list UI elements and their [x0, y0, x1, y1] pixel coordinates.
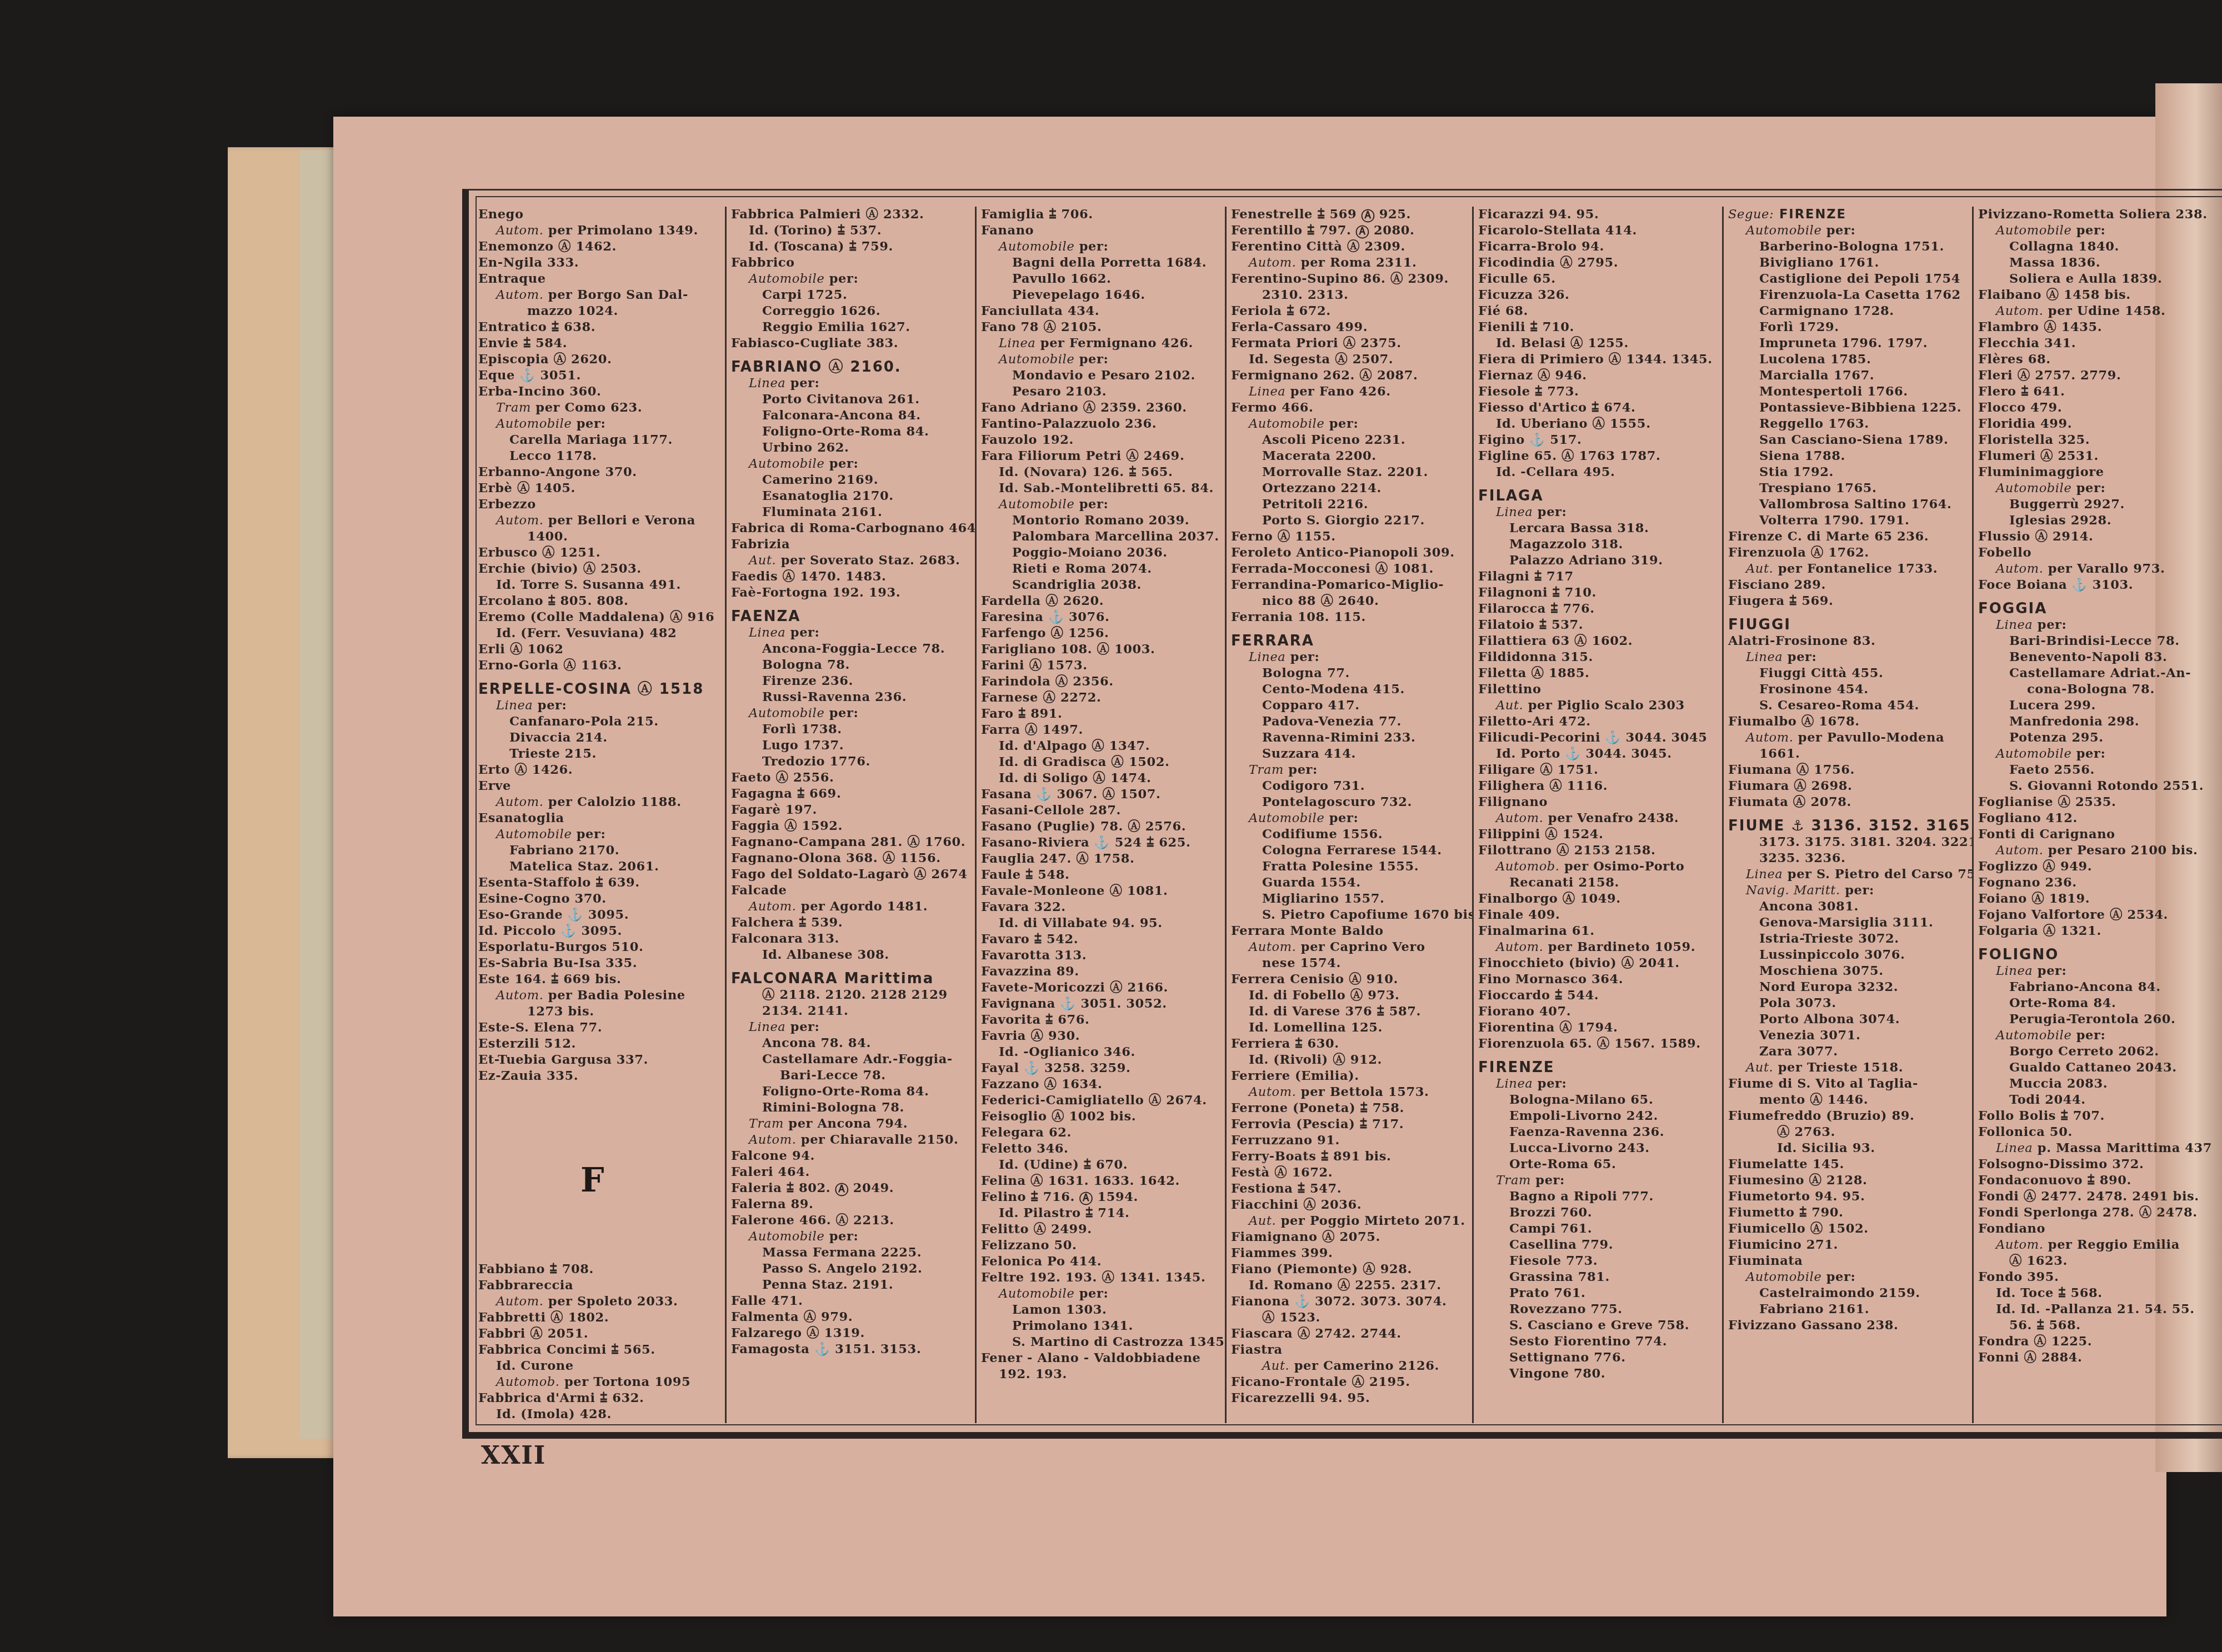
index-entry: Flero ⩲ 641. — [1978, 384, 2222, 400]
index-entry: Automobile per: — [731, 271, 975, 287]
index-entry: Aut. per Poggio Mirteto 2071. — [1231, 1213, 1472, 1229]
column-divider — [1722, 207, 1724, 1423]
transport-mode-label: Aut. — [749, 553, 776, 568]
index-entry: Faule ⩲ 548. — [981, 867, 1225, 883]
index-entry: Id. Piccolo ⚓ 3095. — [478, 923, 725, 939]
transport-mode-label: Autom. — [1496, 811, 1543, 825]
index-entry: Id. Sab.-Montelibretti 65. 84. — [981, 480, 1225, 497]
index-column-4: Fenestrelle ⩲ 569 Ⓐ 925.Ferentillo ⩲ 797… — [1228, 207, 1472, 1420]
index-entry: Fanano — [981, 223, 1225, 239]
transport-mode-label: Automobile — [999, 1286, 1074, 1301]
index-entry: Farnese Ⓐ 2272. — [981, 690, 1225, 706]
index-entry: Fisciano 289. — [1728, 577, 1972, 593]
index-entry: Fabbrica Palmieri Ⓐ 2332. — [731, 207, 975, 223]
index-entry: Erli Ⓐ 1062 — [478, 642, 725, 658]
index-entry: Automobile per: — [731, 456, 975, 472]
index-entry: Ficulle 65. — [1478, 271, 1722, 287]
index-entry: Petritoli 2216. — [1231, 497, 1472, 513]
index-entry: Fojano Valfortore Ⓐ 2534. — [1978, 907, 2222, 923]
index-entry: Fanciullata 434. — [981, 303, 1225, 319]
index-entry: Erno-Gorla Ⓐ 1163. — [478, 658, 725, 674]
index-entry: Fantino-Palazzuolo 236. — [981, 416, 1225, 432]
index-entry: 1400. — [478, 529, 725, 545]
index-entry: Envie ⩲ 584. — [478, 336, 725, 352]
index-entry: Id. d'Alpago Ⓐ 1347. — [981, 738, 1225, 754]
index-entry: Federici-Camigliatello Ⓐ 2674. — [981, 1093, 1225, 1109]
index-entry: Falchera ⩲ 539. — [731, 915, 975, 931]
transport-mode-label: Autom. — [1996, 843, 2043, 858]
index-entry: Fiesso d'Artico ⩲ 674. — [1478, 400, 1722, 416]
index-entry: Automob. per Tortona 1095 — [478, 1374, 725, 1390]
index-entry: Fano 78 Ⓐ 2105. — [981, 319, 1225, 336]
index-entry: Linea per: — [1478, 504, 1722, 520]
index-entry: Id. Toce ⩲ 568. — [1978, 1285, 2222, 1301]
index-entry: Autom. per Chiaravalle 2150. — [731, 1132, 975, 1148]
index-entry: Id. di Fobello Ⓐ 973. — [1231, 988, 1472, 1004]
index-column-7: Pivizzano-Rometta Soliera 238.Automobile… — [1975, 207, 2222, 1420]
index-entry: Erba-Incino 360. — [478, 384, 725, 400]
transport-mode-label: Automobile — [1996, 747, 2071, 761]
transport-mode-label: Automobile — [1746, 223, 1821, 238]
index-entry: Festiona ⩲ 547. — [1231, 1181, 1472, 1197]
index-entry: Fiumefreddo (Bruzio) 89. — [1728, 1108, 1972, 1124]
index-entry: 56. ⩲ 568. — [1978, 1318, 2222, 1334]
index-entry: Id. (Imola) 428. — [478, 1406, 725, 1420]
index-entry: Carpi 1725. — [731, 287, 975, 303]
index-entry: 1273 bis. — [478, 1004, 725, 1020]
index-entry: Pievepelago 1646. — [981, 287, 1225, 303]
index-entry: Entraque — [478, 271, 725, 287]
index-entry: Falzarego Ⓐ 1319. — [731, 1325, 975, 1341]
index-entry: Automobile per: — [731, 705, 975, 722]
column-divider — [725, 207, 727, 1423]
index-entry: Filippini Ⓐ 1524. — [1478, 827, 1722, 843]
index-entry: Falcade — [731, 883, 975, 899]
index-heading: FAENZA — [731, 609, 975, 625]
index-entry: Farfengo Ⓐ 1256. — [981, 625, 1225, 642]
index-entry: Felina Ⓐ 1631. 1633. 1642. — [981, 1173, 1225, 1189]
index-entry: Fiumesino Ⓐ 2128. — [1728, 1173, 1972, 1189]
index-entry: Fratta Polesine 1555. — [1231, 859, 1472, 875]
index-entry: Flaibano Ⓐ 1458 bis. — [1978, 287, 2222, 303]
index-entry: Erbezzo — [478, 497, 725, 513]
index-entry: Autom. per Bettola 1573. — [1231, 1084, 1472, 1100]
index-entry: Canfanaro-Pola 215. — [478, 714, 725, 730]
index-entry: Pontelagoscuro 732. — [1231, 794, 1472, 810]
index-entry: Recanati 2158. — [1478, 875, 1722, 891]
transport-mode-label: Aut. — [1262, 1359, 1289, 1373]
index-entry: Manfredonia 298. — [1978, 714, 2222, 730]
index-entry: Borgo Cerreto 2062. — [1978, 1044, 2222, 1060]
index-entry: Filarocca ⩲ 776. — [1478, 601, 1722, 617]
index-entry: Firenzuola-La Casetta 1762 — [1728, 287, 1972, 303]
index-entry: Falmenta Ⓐ 979. — [731, 1309, 975, 1325]
index-entry: Filottrano Ⓐ 2153 2158. — [1478, 843, 1722, 859]
index-entry: Feltre 192. 193. Ⓐ 1341. 1345. — [981, 1270, 1225, 1286]
index-entry: Faleri 464. — [731, 1164, 975, 1180]
index-entry: Automobile per: — [981, 497, 1225, 513]
index-entry: Felegara 62. — [981, 1125, 1225, 1141]
index-entry: Castelraimondo 2159. — [1728, 1285, 1972, 1301]
index-entry: Finalborgo Ⓐ 1049. — [1478, 891, 1722, 907]
index-entry: Erbusco Ⓐ 1251. — [478, 545, 725, 561]
index-entry: Ferrania 108. 115. — [1231, 609, 1472, 625]
index-entry: Ficarazzi 94. 95. — [1478, 207, 1722, 223]
index-entry: Id. Albanese 308. — [731, 947, 975, 963]
index-entry: Forlì 1738. — [731, 722, 975, 738]
index-entry: Marcialla 1767. — [1728, 368, 1972, 384]
index-entry: Zara 3077. — [1728, 1044, 1972, 1060]
index-entry: Id. Uberiano Ⓐ 1555. — [1478, 416, 1722, 432]
index-entry: Stia 1792. — [1728, 464, 1972, 480]
index-entry: Floridia 499. — [1978, 416, 2222, 432]
index-entry: Campi 761. — [1478, 1221, 1722, 1237]
transport-mode-label: Automobile — [1996, 223, 2071, 238]
index-entry: Aut. per Soverato Staz. 2683. — [731, 553, 975, 569]
index-entry: Fasano-Riviera ⚓ 524 ⩲ 625. — [981, 835, 1225, 851]
index-entry: Pontassieve-Bibbiena 1225. — [1728, 400, 1972, 416]
index-entry: Soliera e Aulla 1839. — [1978, 271, 2222, 287]
index-entry: Linea per: — [1728, 649, 1972, 665]
index-entry: Famiglia ⩲ 706. — [981, 207, 1225, 223]
index-entry: Codifiume 1556. — [1231, 827, 1472, 843]
index-entry: Bologna-Milano 65. — [1478, 1092, 1722, 1108]
index-entry: Fabriano 2161. — [1728, 1301, 1972, 1318]
index-entry: Autom. per Spoleto 2033. — [478, 1294, 725, 1310]
index-entry: Ficarolo-Stellata 414. — [1478, 223, 1722, 239]
index-entry: Flambro Ⓐ 1435. — [1978, 319, 2222, 336]
index-column-6: Segue: FIRENZEAutomobile per:Barberino-B… — [1725, 207, 1972, 1420]
index-entry: Fabiasco-Cugliate 383. — [731, 336, 975, 352]
index-entry: nese 1574. — [1231, 955, 1472, 972]
transport-mode-label: Autom. — [1496, 940, 1543, 954]
index-entry: Linea per: — [731, 625, 975, 641]
index-heading: ERPELLE-COSINA Ⓐ 1518 — [478, 682, 725, 698]
index-entry: Faresina ⚓ 3076. — [981, 609, 1225, 625]
index-entry: Filatoio ⩲ 537. — [1478, 617, 1722, 633]
index-entry: Lamon 1303. — [981, 1302, 1225, 1318]
index-entry: Carella Mariaga 1177. — [478, 432, 725, 448]
transport-mode-label: Autom. — [496, 988, 543, 1003]
index-entry: Trespiano 1765. — [1728, 480, 1972, 497]
index-entry: Es-Sabria Bu-Isa 335. — [478, 955, 725, 972]
index-entry: Id. Segesta Ⓐ 2507. — [1231, 352, 1472, 368]
index-entry: Faro ⩲ 891. — [981, 706, 1225, 722]
index-entry: Fiastra — [1231, 1342, 1472, 1358]
index-entry: Bagno a Ripoli 777. — [1478, 1189, 1722, 1205]
index-entry: Favorita ⩲ 676. — [981, 1012, 1225, 1028]
index-entry: Fobello — [1978, 545, 2222, 561]
index-entry: Cento-Modena 415. — [1231, 682, 1472, 698]
index-entry: Flecchia 341. — [1978, 336, 2222, 352]
index-entry: Esine-Cogno 370. — [478, 891, 725, 907]
index-heading: FOGGIA — [1978, 601, 2222, 617]
index-entry: Id. (Toscana) ⩲ 759. — [731, 239, 975, 255]
index-entry: Id. Sicilia 93. — [1728, 1140, 1972, 1157]
index-entry: Ferriera ⩲ 630. — [1231, 1036, 1472, 1052]
index-entry: Id. di Soligo Ⓐ 1474. — [981, 770, 1225, 787]
index-entry: Tredozio 1776. — [731, 754, 975, 770]
index-entry: Fianona ⚓ 3072. 3073. 3074. — [1231, 1294, 1472, 1310]
column-divider — [1472, 207, 1474, 1423]
transport-mode-label: Linea — [1249, 650, 1285, 664]
index-heading: FILAGA — [1478, 488, 1722, 504]
index-entry: Fiorano 407. — [1478, 1004, 1722, 1020]
index-entry: Ficarezzelli 94. 95. — [1231, 1390, 1472, 1406]
index-entry: Prato 761. — [1478, 1285, 1722, 1301]
index-entry: Montorio Romano 2039. — [981, 513, 1225, 529]
index-entry: Favignana ⚓ 3051. 3052. — [981, 996, 1225, 1012]
index-entry: Farindola Ⓐ 2356. — [981, 674, 1225, 690]
index-entry: Fabbrica Concimi ⩲ 565. — [478, 1342, 725, 1358]
index-entry: Fiumalbo Ⓐ 1678. — [1728, 714, 1972, 730]
index-entry: Famagosta ⚓ 3151. 3153. — [731, 1341, 975, 1358]
index-entry: Brozzi 760. — [1478, 1205, 1722, 1221]
index-heading: FOLIGNO — [1978, 947, 2222, 963]
column-divider — [1225, 207, 1227, 1423]
index-entry: Filattiera 63 Ⓐ 1602. — [1478, 633, 1722, 649]
index-entry: Erve — [478, 778, 725, 794]
index-entry: Fiamignano Ⓐ 2075. — [1231, 1229, 1472, 1245]
index-entry: Foglizzo Ⓐ 949. — [1978, 859, 2222, 875]
index-entry: Filetto-Ari 472. — [1478, 714, 1722, 730]
index-entry: Autom. per Varallo 973. — [1978, 561, 2222, 577]
index-entry: Automobile per: — [731, 1229, 975, 1245]
index-entry: Fondra Ⓐ 1225. — [1978, 1334, 2222, 1350]
index-entry: Foligno-Orte-Roma 84. — [731, 424, 975, 440]
transport-mode-label: Autom. — [496, 795, 543, 809]
index-entry: Reggello 1763. — [1728, 416, 1972, 432]
transport-mode-label: Linea — [1996, 964, 2033, 978]
index-entry: Falconara 313. — [731, 931, 975, 947]
index-entry: Camerino 2169. — [731, 472, 975, 488]
index-entry: Ez-Zauia 335. — [478, 1068, 725, 1084]
index-entry: Linea p. Massa Marittima 437 — [1978, 1140, 2222, 1157]
index-entry: Autom. per Pesaro 2100 bis. — [1978, 843, 2222, 859]
index-entry: Filagnoni ⩲ 710. — [1478, 585, 1722, 601]
index-entry: Fabbri Ⓐ 2051. — [478, 1326, 725, 1342]
transport-mode-label: Autom. — [496, 288, 543, 302]
index-entry: Id. -Cellara 495. — [1478, 464, 1722, 480]
index-entry: Ficano-Frontale Ⓐ 2195. — [1231, 1374, 1472, 1390]
transport-mode-label: Automobile — [496, 827, 572, 842]
index-entry: Genova-Marsiglia 3111. — [1728, 915, 1972, 931]
index-entry: Ferruzzano 91. — [1231, 1133, 1472, 1149]
index-entry: Id. Romano Ⓐ 2255. 2317. — [1231, 1278, 1472, 1294]
transport-mode-label: Automobile — [1249, 417, 1324, 431]
transport-mode-label: Linea — [1249, 384, 1285, 399]
transport-mode-label: Autom. — [496, 223, 543, 238]
index-entry: Farra Ⓐ 1497. — [981, 722, 1225, 738]
index-entry: Pola 3073. — [1728, 995, 1972, 1012]
index-entry: Fiumara Ⓐ 2698. — [1728, 778, 1972, 794]
index-entry: Ⓐ 2763. — [1728, 1124, 1972, 1140]
index-entry: Venezia 3071. — [1728, 1028, 1972, 1044]
index-entry: Automobile per: — [1231, 416, 1472, 432]
index-entry: Frosinone 454. — [1728, 682, 1972, 698]
index-entry: Id. di Villabate 94. 95. — [981, 915, 1225, 932]
index-entry: Fiano (Piemonte) Ⓐ 928. — [1231, 1261, 1472, 1278]
index-entry: Ravenna-Rimini 233. — [1231, 730, 1472, 746]
transport-mode-label: Automobile — [1746, 1270, 1821, 1284]
index-entry: Ortezzano 2214. — [1231, 480, 1472, 497]
index-entry: Collagna 1840. — [1978, 239, 2222, 255]
index-entry: Autom. per Udine 1458. — [1978, 303, 2222, 319]
transport-mode-label: Autom. — [1249, 940, 1296, 954]
index-entry: Felonica Po 414. — [981, 1254, 1225, 1270]
index-entry: Esanatoglia — [478, 810, 725, 827]
index-entry: Fluminata 2161. — [731, 504, 975, 520]
transport-mode-label: Automobile — [999, 352, 1074, 367]
index-entry: Poggio-Moiano 2036. — [981, 545, 1225, 561]
index-entry: Linea per: — [1978, 963, 2222, 979]
index-entry: Favazzina 89. — [981, 964, 1225, 980]
index-entry: Linea per S. Pietro del Carso 75 — [1728, 867, 1972, 883]
index-entry: Nord Europa 3232. — [1728, 979, 1972, 995]
index-entry: Follonica 50. — [1978, 1124, 2222, 1140]
column-divider — [1972, 207, 1974, 1423]
index-entry: Faè-Fortogna 192. 193. — [731, 585, 975, 601]
index-entry: Fayal ⚓ 3258. 3259. — [981, 1060, 1225, 1077]
index-entry: Fermata Priori Ⓐ 2375. — [1231, 336, 1472, 352]
transport-mode-label: Linea — [1996, 618, 2033, 632]
index-entry: 2310. 2313. — [1231, 287, 1472, 303]
index-entry: Fonni Ⓐ 2884. — [1978, 1350, 2222, 1366]
index-entry: Favria Ⓐ 930. — [981, 1028, 1225, 1044]
index-entry: Autom. per Badia Polesine — [478, 988, 725, 1004]
index-entry: Castellamare Adr.-Foggia- — [731, 1052, 975, 1068]
index-entry: Erto Ⓐ 1426. — [478, 762, 725, 778]
index-entry: Ancona 3081. — [1728, 899, 1972, 915]
index-entry: Ferrada-Mocconesi Ⓐ 1081. — [1231, 561, 1472, 577]
index-entry: Bari-Lecce 78. — [731, 1068, 975, 1084]
index-entry: En-Ngila 333. — [478, 255, 725, 271]
index-column-5: Ficarazzi 94. 95.Ficarolo-Stellata 414.F… — [1475, 207, 1722, 1420]
index-entry: Lucera 299. — [1978, 698, 2222, 714]
transport-mode-label: Tram — [1496, 1173, 1531, 1188]
index-entry: Autom. per Reggio Emilia — [1978, 1237, 2222, 1253]
index-entry: Esanatoglia 2170. — [731, 488, 975, 504]
index-entry: mazzo 1024. — [478, 303, 725, 319]
index-entry: Fiumata Ⓐ 2078. — [1728, 794, 1972, 810]
index-entry: Fabrizia — [731, 537, 975, 553]
index-entry: Automobile per: — [478, 416, 725, 432]
index-column-2: Fabbrica Palmieri Ⓐ 2332.Id. (Torino) ⩲ … — [728, 207, 975, 1420]
index-entry: Favale-Monleone Ⓐ 1081. — [981, 883, 1225, 899]
index-entry: Porto Civitanova 261. — [731, 392, 975, 408]
index-entry: Feroleto Antico-Pianopoli 309. — [1231, 545, 1472, 561]
index-entry: Id. -Oglianico 346. — [981, 1044, 1225, 1060]
index-entry: Ⓐ 1623. — [1978, 1253, 2222, 1269]
index-entry: Passo S. Angelo 2192. — [731, 1261, 975, 1277]
index-entry: Fazzano Ⓐ 1634. — [981, 1077, 1225, 1093]
transport-mode-label: Automobile — [496, 417, 572, 431]
index-entry: Ferla-Cassaro 499. — [1231, 319, 1472, 336]
index-entry: Pesaro 2103. — [981, 384, 1225, 400]
index-entry: Faleria ⩲ 802. Ⓐ 2049. — [731, 1180, 975, 1197]
index-entry: S. Pietro Capofiume 1670 bis. — [1231, 907, 1472, 923]
index-entry: Migliarino 1557. — [1231, 891, 1472, 907]
index-entry: Aut. per Piglio Scalo 2303 — [1478, 698, 1722, 714]
transport-mode-label: Autom. — [1996, 1238, 2043, 1252]
index-entry: Finale 409. — [1478, 907, 1722, 923]
index-entry: Filetta Ⓐ 1885. — [1478, 665, 1722, 682]
index-entry: Filigare Ⓐ 1751. — [1478, 762, 1722, 778]
index-entry: Id. (Udine) ⩲ 670. — [981, 1157, 1225, 1173]
transport-mode-label: Linea — [496, 698, 533, 713]
index-entry: Faedis Ⓐ 1470. 1483. — [731, 569, 975, 585]
index-entry: Faggia Ⓐ 1592. — [731, 818, 975, 834]
index-entry: S. Giovanni Rotondo 2551. — [1978, 778, 2222, 794]
transport-mode-label: Automobile — [749, 1229, 824, 1244]
index-entry: Penna Staz. 2191. — [731, 1277, 975, 1293]
index-entry: Todi 2044. — [1978, 1092, 2222, 1108]
index-entry: Fiesole ⩲ 773. — [1478, 384, 1722, 400]
index-entry: Autom. per Agordo 1481. — [731, 899, 975, 915]
index-entry: Faeto 2556. — [1978, 762, 2222, 778]
index-entry: Potenza 295. — [1978, 730, 2222, 746]
index-entry: Suzzara 414. — [1231, 746, 1472, 762]
index-entry: Trieste 215. — [478, 746, 725, 762]
transport-mode-label: Automobile — [1996, 481, 2071, 495]
transport-mode-label: Linea — [749, 376, 785, 391]
index-entry: Bagni della Porretta 1684. — [981, 255, 1225, 271]
index-entry: Fiugera ⩲ 569. — [1728, 593, 1972, 609]
index-entry: Bologna 77. — [1231, 665, 1472, 682]
index-entry: Falerone 466. Ⓐ 2213. — [731, 1213, 975, 1229]
index-entry: Gualdo Cattaneo 2043. — [1978, 1060, 2222, 1076]
index-entry: Fasano (Puglie) 78. Ⓐ 2576. — [981, 819, 1225, 835]
index-entry: Ferrovia (Pescia) ⩲ 717. — [1231, 1117, 1472, 1133]
index-entry: mento Ⓐ 1446. — [1728, 1092, 1972, 1108]
transport-mode-label: Autom. — [1249, 1085, 1296, 1099]
index-entry: Linea per: — [1978, 617, 2222, 633]
index-entry: Felizzano 50. — [981, 1238, 1225, 1254]
index-entry: Firenze C. di Marte 65 236. — [1728, 529, 1972, 545]
index-entry: Fondi Ⓐ 2477. 2478. 2491 bis. — [1978, 1189, 2222, 1205]
index-entry: Ferry-Boats ⩲ 891 bis. — [1231, 1149, 1472, 1165]
section-letter: F — [580, 1161, 604, 1200]
index-entry: Orte-Roma 65. — [1478, 1157, 1722, 1173]
index-entry: Autom. per Calolzio 1188. — [478, 794, 725, 810]
index-entry: Figline 65. Ⓐ 1763 1787. — [1478, 448, 1722, 464]
index-entry: Ancona-Foggia-Lecce 78. — [731, 641, 975, 657]
index-entry: Foiano Ⓐ 1819. — [1978, 891, 2222, 907]
index-entry: Linea per: — [731, 1019, 975, 1035]
index-entry: Navig. Maritt. per: — [1728, 883, 1972, 899]
transport-mode-label: Autom. — [496, 513, 543, 528]
index-entry: Felino ⩲ 716. Ⓐ 1594. — [981, 1189, 1225, 1205]
index-entry: Id. (Torino) ⩲ 537. — [731, 223, 975, 239]
transport-mode-label: Navig. Maritt. — [1746, 883, 1840, 898]
index-entry: Linea per Fermignano 426. — [981, 336, 1225, 352]
index-entry: Id. di Gradisca Ⓐ 1502. — [981, 754, 1225, 770]
index-entry: Esporlatu-Burgos 510. — [478, 939, 725, 955]
index-entry: Copparo 417. — [1231, 698, 1472, 714]
index-entry: Divaccia 214. — [478, 730, 725, 746]
index-entry: Fano Adriano Ⓐ 2359. 2360. — [981, 400, 1225, 416]
index-entry: Automobile per: — [1978, 480, 2222, 497]
index-entry: Siena 1788. — [1728, 448, 1972, 464]
transport-mode-label: Autom. — [1996, 562, 2043, 576]
index-entry: Fagnano-Campana 281. Ⓐ 1760. — [731, 834, 975, 850]
index-entry: Mondavio e Pesaro 2102. — [981, 368, 1225, 384]
index-entry: Massa 1836. — [1978, 255, 2222, 271]
transport-mode-label: Tram — [749, 1117, 784, 1131]
index-entry: Id. Porto ⚓ 3044. 3045. — [1478, 746, 1722, 762]
index-entry: Ferno Ⓐ 1155. — [1231, 529, 1472, 545]
index-entry: Fondaconuovo ⩲ 890. — [1978, 1173, 2222, 1189]
